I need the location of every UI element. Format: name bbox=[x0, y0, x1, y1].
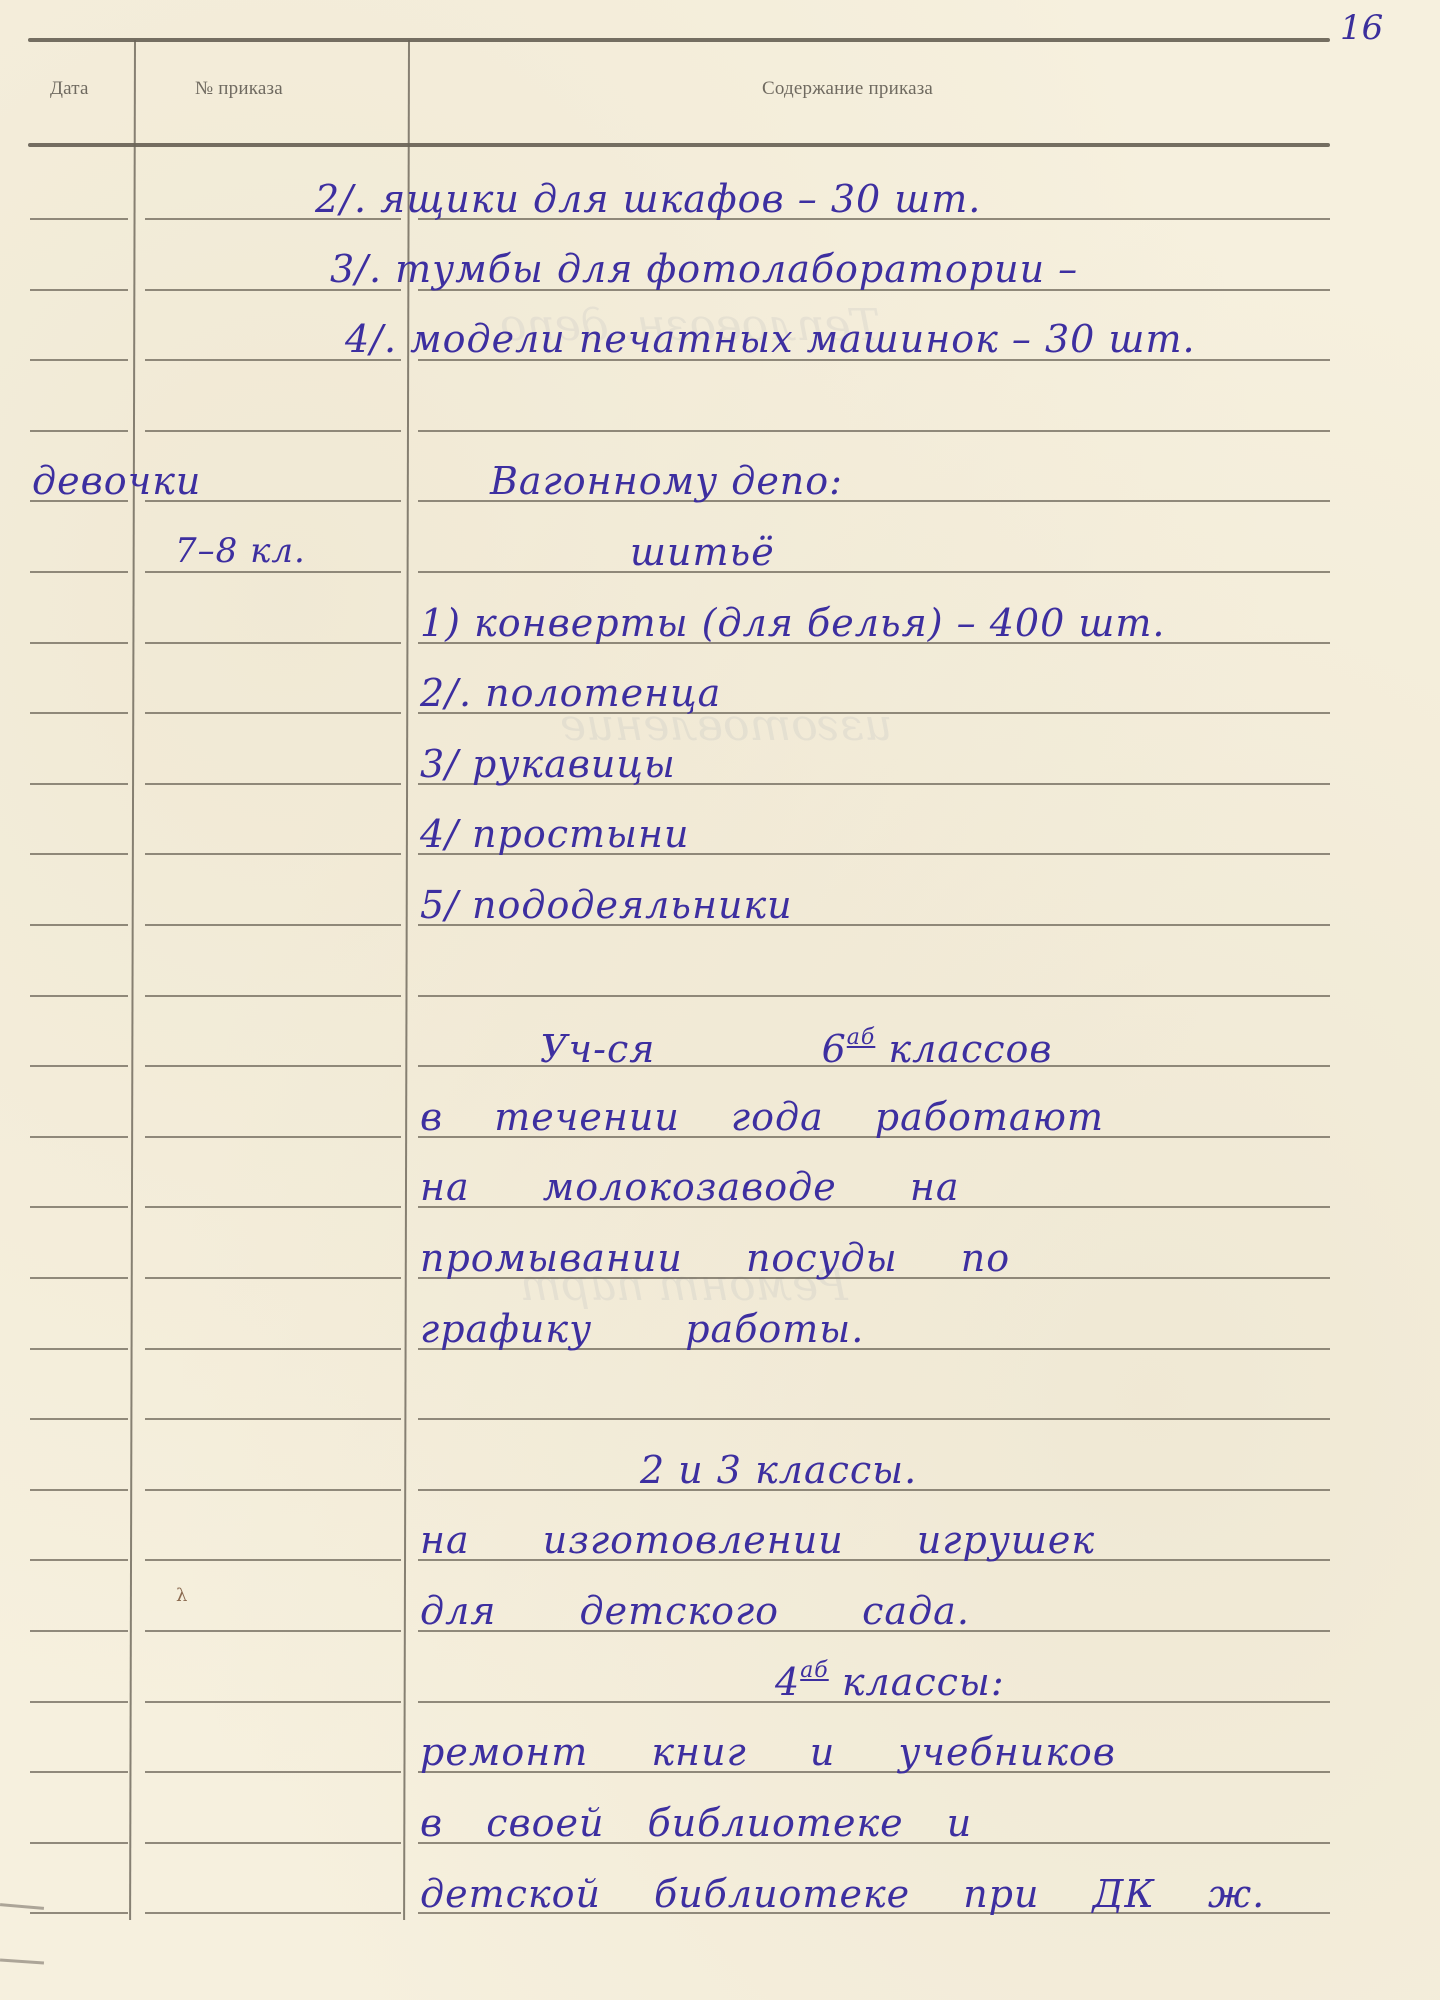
ruled-line bbox=[30, 642, 128, 644]
content-line: в течении года работают bbox=[420, 1098, 1104, 1136]
ruled-line bbox=[145, 1136, 401, 1138]
ruled-line bbox=[145, 1277, 401, 1279]
ruled-line bbox=[30, 1771, 128, 1773]
content-line: на изготовлении игрушек bbox=[420, 1521, 1095, 1559]
ruled-line bbox=[145, 853, 401, 855]
content-line: для детского сада. bbox=[420, 1592, 970, 1630]
ruled-line bbox=[30, 712, 128, 714]
ruled-line bbox=[30, 1842, 128, 1844]
stray-mark: λ bbox=[176, 1585, 187, 1606]
ruled-line bbox=[145, 1418, 401, 1420]
ruled-line bbox=[30, 1489, 128, 1491]
ruled-line bbox=[418, 571, 1330, 573]
ruled-line bbox=[145, 995, 401, 997]
ruled-line bbox=[30, 853, 128, 855]
ruled-line bbox=[30, 995, 128, 997]
grade-letters: аб bbox=[847, 1025, 876, 1050]
grade-number: 4 bbox=[775, 1660, 800, 1704]
ruled-line bbox=[30, 289, 128, 291]
left-note-grades: 7–8 кл. bbox=[175, 534, 306, 568]
content-line: 1) конверты (для белья) – 400 шт. bbox=[420, 604, 1165, 642]
left-note-girls: девочки bbox=[32, 462, 201, 500]
content-line: на молокозаводе на bbox=[420, 1168, 960, 1206]
content-line: 3/ рукавицы bbox=[420, 745, 676, 783]
binding-thread bbox=[0, 1958, 44, 1964]
content-line-heading: 2 и 3 классы. bbox=[640, 1451, 917, 1489]
content-line: 2/. полотенца bbox=[420, 674, 721, 712]
header-content: Содержание приказа bbox=[762, 78, 933, 100]
ruled-line bbox=[30, 924, 128, 926]
ruled-line bbox=[145, 1701, 401, 1703]
ruled-line bbox=[145, 571, 401, 573]
ruled-line bbox=[30, 1065, 128, 1067]
ruled-line bbox=[145, 430, 401, 432]
binding-thread bbox=[0, 1903, 44, 1910]
ruled-line bbox=[145, 1842, 401, 1844]
content-line: 3/. тумбы для фотолаборатории – bbox=[330, 250, 1078, 288]
ruled-line bbox=[30, 1912, 128, 1914]
ruled-line bbox=[30, 1277, 128, 1279]
ruled-line bbox=[145, 1489, 401, 1491]
ruled-line bbox=[30, 218, 128, 220]
ruled-line bbox=[30, 430, 128, 432]
ruled-line bbox=[418, 1418, 1330, 1420]
ruled-line bbox=[30, 1630, 128, 1632]
ruled-line bbox=[145, 924, 401, 926]
journal-page: Тепловозн. депо изготовление Ремонт парт… bbox=[0, 0, 1440, 2000]
content-line-heading: Уч-ся 6аб классов bbox=[540, 1027, 1053, 1068]
grade-word: классов bbox=[888, 1027, 1052, 1071]
ruled-line bbox=[30, 1206, 128, 1208]
ruled-line bbox=[30, 359, 128, 361]
ruled-line bbox=[30, 783, 128, 785]
students-label: Уч-ся bbox=[540, 1027, 655, 1071]
ruled-line bbox=[145, 1559, 401, 1561]
content-line: в своей библиотеке и bbox=[420, 1804, 972, 1842]
ruled-line bbox=[30, 1701, 128, 1703]
ruled-line bbox=[30, 1559, 128, 1561]
ruled-line bbox=[145, 642, 401, 644]
ruled-line bbox=[30, 1418, 128, 1420]
ruled-line bbox=[418, 995, 1330, 997]
ruled-line bbox=[30, 1348, 128, 1350]
content-line: промывании посуды по bbox=[420, 1239, 1010, 1277]
header-bottom-rule bbox=[28, 143, 1330, 147]
content-line: графику работы. bbox=[420, 1310, 864, 1348]
content-line: 4/ простыни bbox=[420, 815, 690, 853]
ruled-line bbox=[145, 1630, 401, 1632]
ruled-line bbox=[145, 712, 401, 714]
ruled-line bbox=[418, 430, 1330, 432]
content-line: 2/. ящики для шкафов – 30 шт. bbox=[315, 180, 981, 218]
content-line-heading: 4аб классы: bbox=[775, 1660, 1005, 1701]
header-date: Дата bbox=[50, 78, 89, 100]
page-number: 16 bbox=[1340, 8, 1383, 48]
ruled-line bbox=[145, 1912, 401, 1914]
ruled-line bbox=[145, 1206, 401, 1208]
ruled-line bbox=[145, 1065, 401, 1067]
header-top-rule bbox=[28, 38, 1330, 42]
content-line: ремонт книг и учебников bbox=[420, 1733, 1116, 1771]
grade-letters: аб bbox=[800, 1658, 829, 1683]
content-line: детской библиотеке при ДК ж. bbox=[420, 1875, 1265, 1913]
header-order-number: № приказа bbox=[195, 78, 283, 100]
ruled-line bbox=[30, 1136, 128, 1138]
content-line: 5/ пододеяльники bbox=[420, 886, 793, 924]
column-divider-date bbox=[129, 40, 135, 1920]
ruled-line bbox=[145, 783, 401, 785]
ruled-line bbox=[145, 1348, 401, 1350]
ruled-line bbox=[145, 1771, 401, 1773]
content-line-subheading: шитьё bbox=[630, 533, 775, 571]
content-line: 4/. модели печатных машинок – 30 шт. bbox=[345, 320, 1196, 358]
content-line-heading: Вагонному депо: bbox=[490, 462, 843, 500]
grade-number: 6 bbox=[822, 1027, 847, 1071]
grade-word: классы: bbox=[842, 1660, 1005, 1704]
ruled-line bbox=[30, 571, 128, 573]
